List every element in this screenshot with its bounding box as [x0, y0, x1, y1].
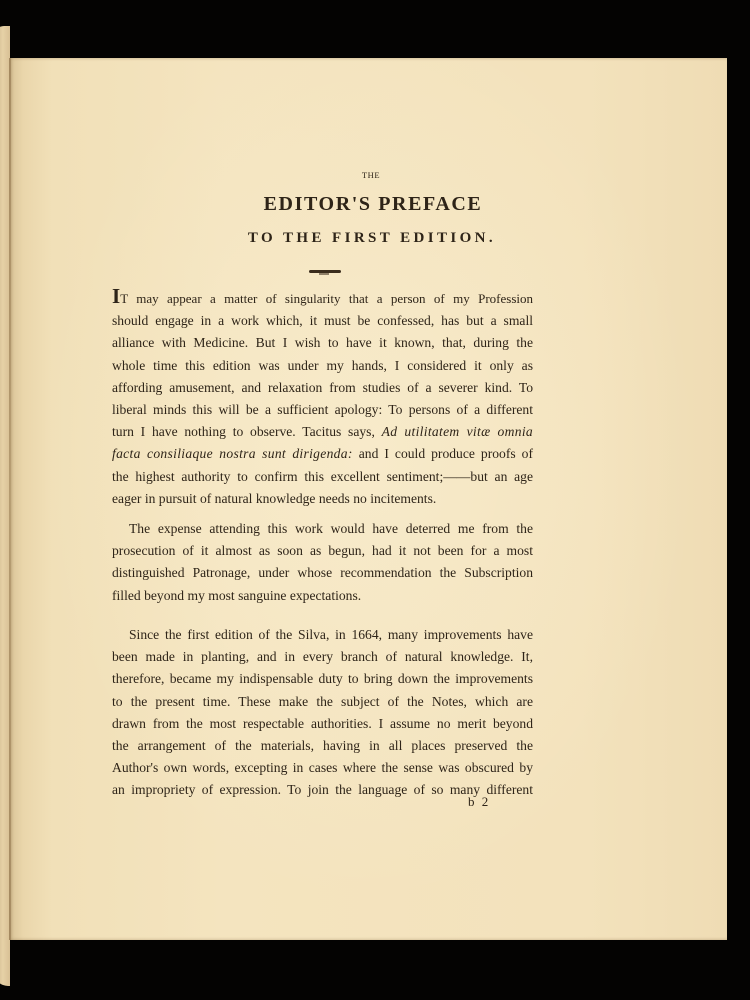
text-line: eager in pursuit of natural knowledge ne… — [112, 488, 533, 510]
text-line: drawn from the most respectable authorit… — [112, 713, 533, 735]
page-title: EDITOR'S PREFACE — [9, 193, 727, 216]
text-line: turn I have nothing to observe. Tacitus … — [112, 421, 533, 443]
text-line: distinguished Patronage, under whose rec… — [112, 562, 533, 584]
text-line: Since the first edition of the Silva, in… — [112, 624, 533, 646]
page-subtitle: TO THE FIRST EDITION. — [9, 230, 727, 247]
text-line: the arrangement of the materials, having… — [112, 735, 533, 757]
gutter-shadow — [9, 58, 11, 940]
paragraph-1: IT may appear a matter of singularity th… — [112, 288, 533, 510]
text-line: been made in planting, and in every bran… — [112, 646, 533, 668]
paragraph-3: Since the first edition of the Silva, in… — [112, 624, 533, 802]
text-line: whole time this edition was under my han… — [112, 355, 533, 377]
text-line: should engage in a work which, it must b… — [112, 310, 533, 332]
text-line: affording amusement, and relaxation from… — [112, 377, 533, 399]
text-line: alliance with Medicine. But I wish to ha… — [112, 332, 533, 354]
text-line: IT may appear a matter of singularity th… — [112, 288, 533, 310]
ornament-rule-icon — [309, 270, 341, 273]
title-kicker: THE — [9, 170, 727, 180]
latin-quote: Ad utilitatem vitæ omnia — [382, 424, 533, 439]
signature-mark: b 2 — [468, 794, 490, 810]
text-line: liberal minds this will be a sufficient … — [112, 399, 533, 421]
book-page: THE EDITOR'S PREFACE TO THE FIRST EDITIO… — [9, 58, 727, 940]
text-line: the highest authority to confirm this ex… — [112, 466, 533, 488]
text-line: prosecution of it almost as soon as begu… — [112, 540, 533, 562]
text-line: The expense attending this work would ha… — [112, 518, 533, 540]
latin-quote: facta consiliaque nostra sunt dirigenda: — [112, 446, 353, 461]
text-line: to the present time. These make the subj… — [112, 691, 533, 713]
text-line: filled beyond my most sanguine expectati… — [112, 585, 533, 607]
text-line: therefore, became my indispensable duty … — [112, 668, 533, 690]
photo-backdrop: THE EDITOR'S PREFACE TO THE FIRST EDITIO… — [0, 0, 750, 1000]
paragraph-2: The expense attending this work would ha… — [112, 518, 533, 607]
text-line: Author's own words, excepting in cases w… — [112, 757, 533, 779]
drop-cap: I — [112, 284, 120, 308]
text-line: facta consiliaque nostra sunt dirigenda:… — [112, 443, 533, 465]
